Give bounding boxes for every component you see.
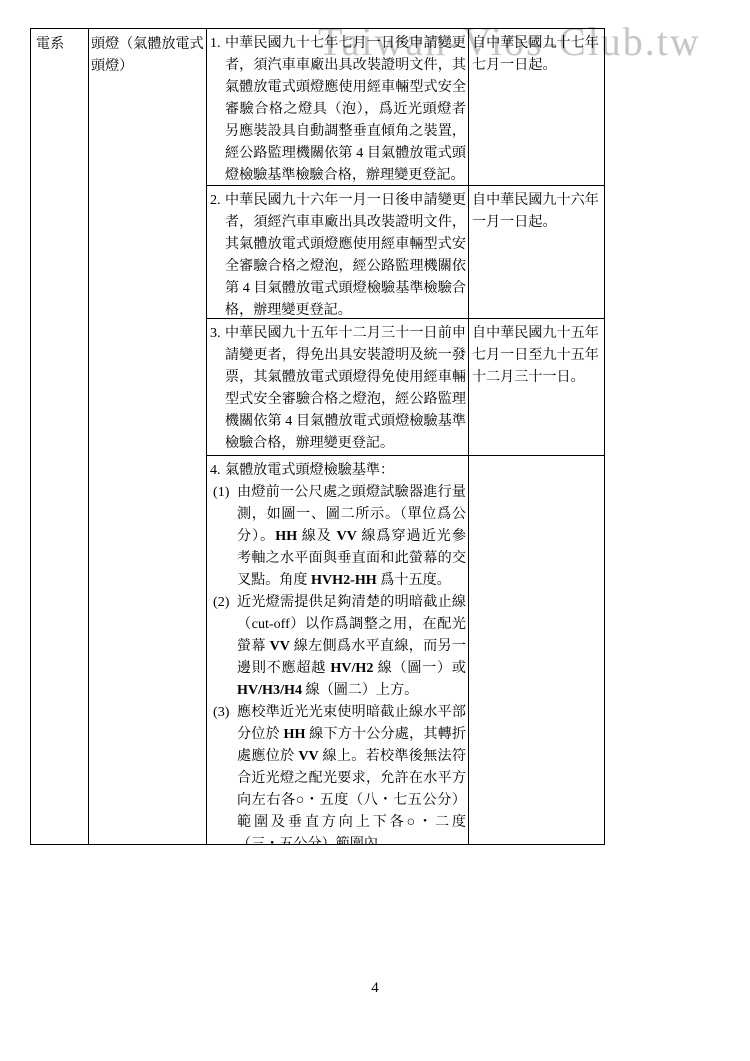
- page-number: 4: [0, 980, 750, 997]
- table-row: 4.氣體放電式頭燈檢驗基準：(1)由燈前一公尺處之頭燈試驗器進行量測，如圖一、圖…: [207, 456, 604, 844]
- item-number: (2): [213, 591, 237, 613]
- item-number: 3.: [210, 322, 225, 344]
- category-cell: 電系: [31, 29, 89, 844]
- regulation-table: 電系 頭燈（氣體放電式頭燈） 1.中華民國九十七年七月一日後申請變更者，須汽車車…: [30, 28, 605, 845]
- effective-date-cell: [469, 456, 604, 844]
- regulation-text-cell: 3.中華民國九十五年十二月三十一日前申請變更者，得免出具安裝證明及統一發票，其氣…: [207, 319, 469, 455]
- table-row: 3.中華民國九十五年十二月三十一日前申請變更者，得免出具安裝證明及統一發票，其氣…: [207, 319, 604, 456]
- effective-date-cell: 自中華民國九十七年七月一日起。: [469, 29, 604, 185]
- item-text: 近光燈需提供足夠清楚的明暗截止線（cut-off）以作爲調整之用，在配光螢幕 V…: [237, 591, 466, 701]
- item-text: 中華民國九十六年一月一日後申請變更者，須經汽車車廠出具改裝證明文件，其氣體放電式…: [225, 189, 466, 318]
- item-text: 中華民國九十七年七月一日後申請變更者，須汽車車廠出具改裝證明文件，其氣體放電式頭…: [225, 32, 466, 185]
- list-item: 2.中華民國九十六年一月一日後申請變更者，須經汽車車廠出具改裝證明文件，其氣體放…: [210, 189, 466, 318]
- regulation-text-cell: 4.氣體放電式頭燈檢驗基準：(1)由燈前一公尺處之頭燈試驗器進行量測，如圖一、圖…: [207, 456, 469, 844]
- effective-date-cell: 自中華民國九十五年七月一日至九十五年十二月三十一日。: [469, 319, 604, 455]
- item-number: (1): [213, 481, 237, 503]
- list-item: (1)由燈前一公尺處之頭燈試驗器進行量測，如圖一、圖二所示。（單位爲公分）。HH…: [213, 481, 466, 591]
- item-text: 由燈前一公尺處之頭燈試驗器進行量測，如圖一、圖二所示。（單位爲公分）。HH 線及…: [237, 481, 466, 591]
- item-number: (3): [213, 701, 237, 723]
- list-item: 3.中華民國九十五年十二月三十一日前申請變更者，得免出具安裝證明及統一發票，其氣…: [210, 322, 466, 454]
- item-number: 1.: [210, 32, 225, 54]
- subcategory-label: 頭燈（氣體放電式頭燈）: [91, 36, 204, 74]
- item-text: 中華民國九十五年十二月三十一日前申請變更者，得免出具安裝證明及統一發票，其氣體放…: [225, 322, 466, 454]
- table-row: 1.中華民國九十七年七月一日後申請變更者，須汽車車廠出具改裝證明文件，其氣體放電…: [207, 29, 604, 186]
- regulation-text-cell: 1.中華民國九十七年七月一日後申請變更者，須汽車車廠出具改裝證明文件，其氣體放電…: [207, 29, 469, 185]
- table-row: 2.中華民國九十六年一月一日後申請變更者，須經汽車車廠出具改裝證明文件，其氣體放…: [207, 186, 604, 319]
- rows-region: 1.中華民國九十七年七月一日後申請變更者，須汽車車廠出具改裝證明文件，其氣體放電…: [207, 29, 604, 844]
- item-number: 2.: [210, 189, 225, 211]
- item-text: 應校準近光光束使明暗截止線水平部分位於 HH 線下方十公分處，其轉折處應位於 V…: [237, 701, 466, 844]
- list-item: 1.中華民國九十七年七月一日後申請變更者，須汽車車廠出具改裝證明文件，其氣體放電…: [210, 32, 466, 185]
- document-page: { "watermark": { "text": "Taiwan-Vios-Cl…: [0, 0, 750, 1061]
- list-item: 4.氣體放電式頭燈檢驗基準：: [210, 459, 466, 481]
- list-item: (2)近光燈需提供足夠清楚的明暗截止線（cut-off）以作爲調整之用，在配光螢…: [213, 591, 466, 701]
- effective-date-cell: 自中華民國九十六年一月一日起。: [469, 186, 604, 318]
- subcategory-cell: 頭燈（氣體放電式頭燈）: [89, 29, 207, 844]
- item-number: 4.: [210, 459, 225, 481]
- item-text: 氣體放電式頭燈檢驗基準：: [225, 459, 466, 481]
- list-item: (3)應校準近光光束使明暗截止線水平部分位於 HH 線下方十公分處，其轉折處應位…: [213, 701, 466, 844]
- regulation-text-cell: 2.中華民國九十六年一月一日後申請變更者，須經汽車車廠出具改裝證明文件，其氣體放…: [207, 186, 469, 318]
- category-label: 電系: [36, 36, 64, 52]
